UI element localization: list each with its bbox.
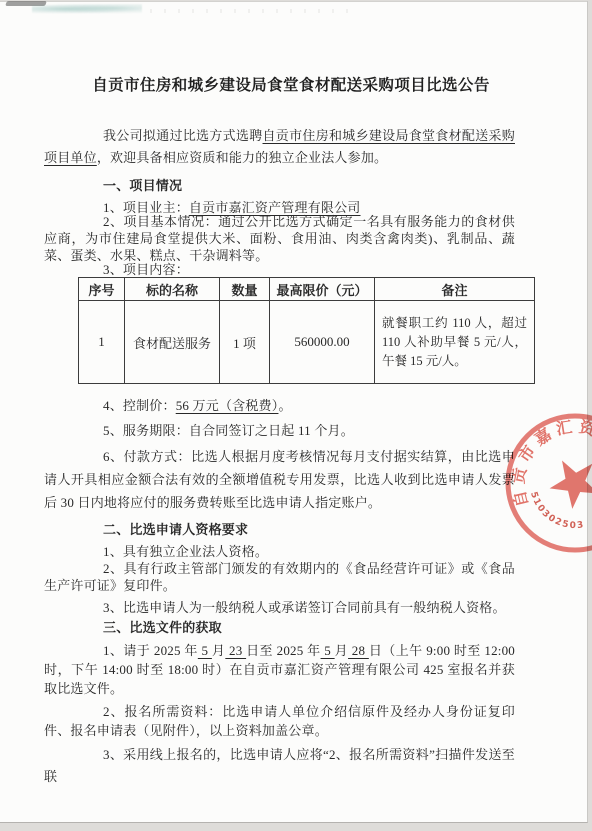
paragraph-intro: 我公司拟通过比选方式选聘自贡市住房和城乡建设局食堂食材配送采购项目单位，欢迎具备…	[44, 125, 515, 169]
section-heading-1: 一、项目情况	[103, 175, 515, 197]
text-segment-underlined: 5	[198, 643, 212, 658]
text-segment: 1、请于 2025 年	[103, 643, 198, 658]
paper-sheet: 自贡市住房和城乡建设局食堂食材配送采购项目比选公告 我公司拟通过比选方式选聘自贡…	[0, 1, 588, 823]
text-segment-underlined: 5	[321, 643, 335, 658]
table-row: 1 食材配送服务 1 项 560000.00 就餐职工约 110 人，超过 11…	[79, 301, 535, 384]
table-cell-note: 就餐职工约 110 人，超过 110 人补助早餐 5 元/人，午餐 15 元/人…	[375, 301, 535, 384]
scan-artifact-smudge	[32, 4, 142, 14]
section-heading-2: 二、比选申请人资格要求	[103, 519, 515, 541]
text-segment: 。	[278, 398, 291, 413]
scanned-page: 自贡市住房和城乡建设局食堂食材配送采购项目比选公告 我公司拟通过比选方式选聘自贡…	[0, 0, 592, 831]
item-service-period: 5、服务期限：自合同签订之日起 11 个月。	[44, 420, 515, 442]
table-header-cell-qty: 数量	[220, 278, 270, 301]
table-cell-no: 1	[79, 301, 125, 384]
item-registration-materials: 2、报名所需资料：比选申请人单位介绍信原件及经办人身份证复印件、报名申请表（见附…	[44, 702, 515, 740]
seal-ring	[508, 416, 592, 550]
text-segment: 日至 2025 年	[246, 643, 320, 658]
document-title: 自贡市住房和城乡建设局食堂食材配送采购项目比选公告	[0, 73, 582, 95]
table-header-cell-no: 序号	[79, 278, 125, 301]
table-header-cell-note: 备注	[375, 278, 535, 301]
item-project-basic-info: 2、项目基本情况：通过公开比选方式确定一名具有服务能力的食材供应商，为市住建局食…	[44, 213, 515, 264]
text-segment: ，欢迎具备相应资质和能力的独立企业法人参加。	[97, 150, 387, 165]
table-header-cell-price: 最高限价（元）	[270, 278, 375, 301]
text-segment: 4、控制价：	[103, 398, 176, 413]
text-segment: 月	[212, 643, 225, 658]
project-content-table: 序号 标的名称 数量 最高限价（元） 备注 1 食材配送服务 1 项 56000…	[78, 277, 535, 384]
item-payment-method: 6、付款方式：比选人根据月度考核情况每月支付据实结算，由比选申请人开具相应金额合…	[44, 445, 515, 514]
item-online-registration: 3、采用线上报名的，比选申请人应将“2、报名所需资料”扫描件发送至联	[44, 744, 515, 788]
item-obtain-documents: 1、请于 2025 年 5 月 23 日至 2025 年 5 月 28 日（上午…	[44, 641, 515, 698]
text-segment: 月	[335, 643, 348, 658]
text-segment: 我公司拟通过比选方式选聘	[103, 128, 263, 143]
text-segment-underlined: 23	[225, 643, 246, 658]
seal-star	[550, 461, 592, 509]
table-header-row: 序号 标的名称 数量 最高限价（元） 备注	[79, 278, 535, 301]
table-cell-price: 560000.00	[270, 301, 375, 384]
text-segment-underlined: 56 万元（含税费）	[176, 398, 279, 413]
table-header-cell-name: 标的名称	[125, 278, 220, 301]
item-qualification-2: 2、具有行政主管部门颁发的有效期内的《食品经营许可证》或《食品生产许可证》复印件…	[44, 560, 515, 594]
text-segment-underlined: 28	[348, 643, 369, 658]
section-heading-3: 三、比选文件的获取	[103, 617, 515, 639]
item-control-price: 4、控制价：56 万元（含税费）。	[44, 395, 515, 417]
seal-company-text: 自贡市嘉汇资产	[509, 417, 592, 509]
scan-artifact-speckles	[150, 9, 350, 13]
table-cell-name: 食材配送服务	[125, 301, 220, 384]
item-qualification-3: 3、比选申请人为一般纳税人或承诺签订合同前具有一般纳税人资格。	[44, 597, 515, 619]
table-cell-qty: 1 项	[220, 301, 270, 384]
